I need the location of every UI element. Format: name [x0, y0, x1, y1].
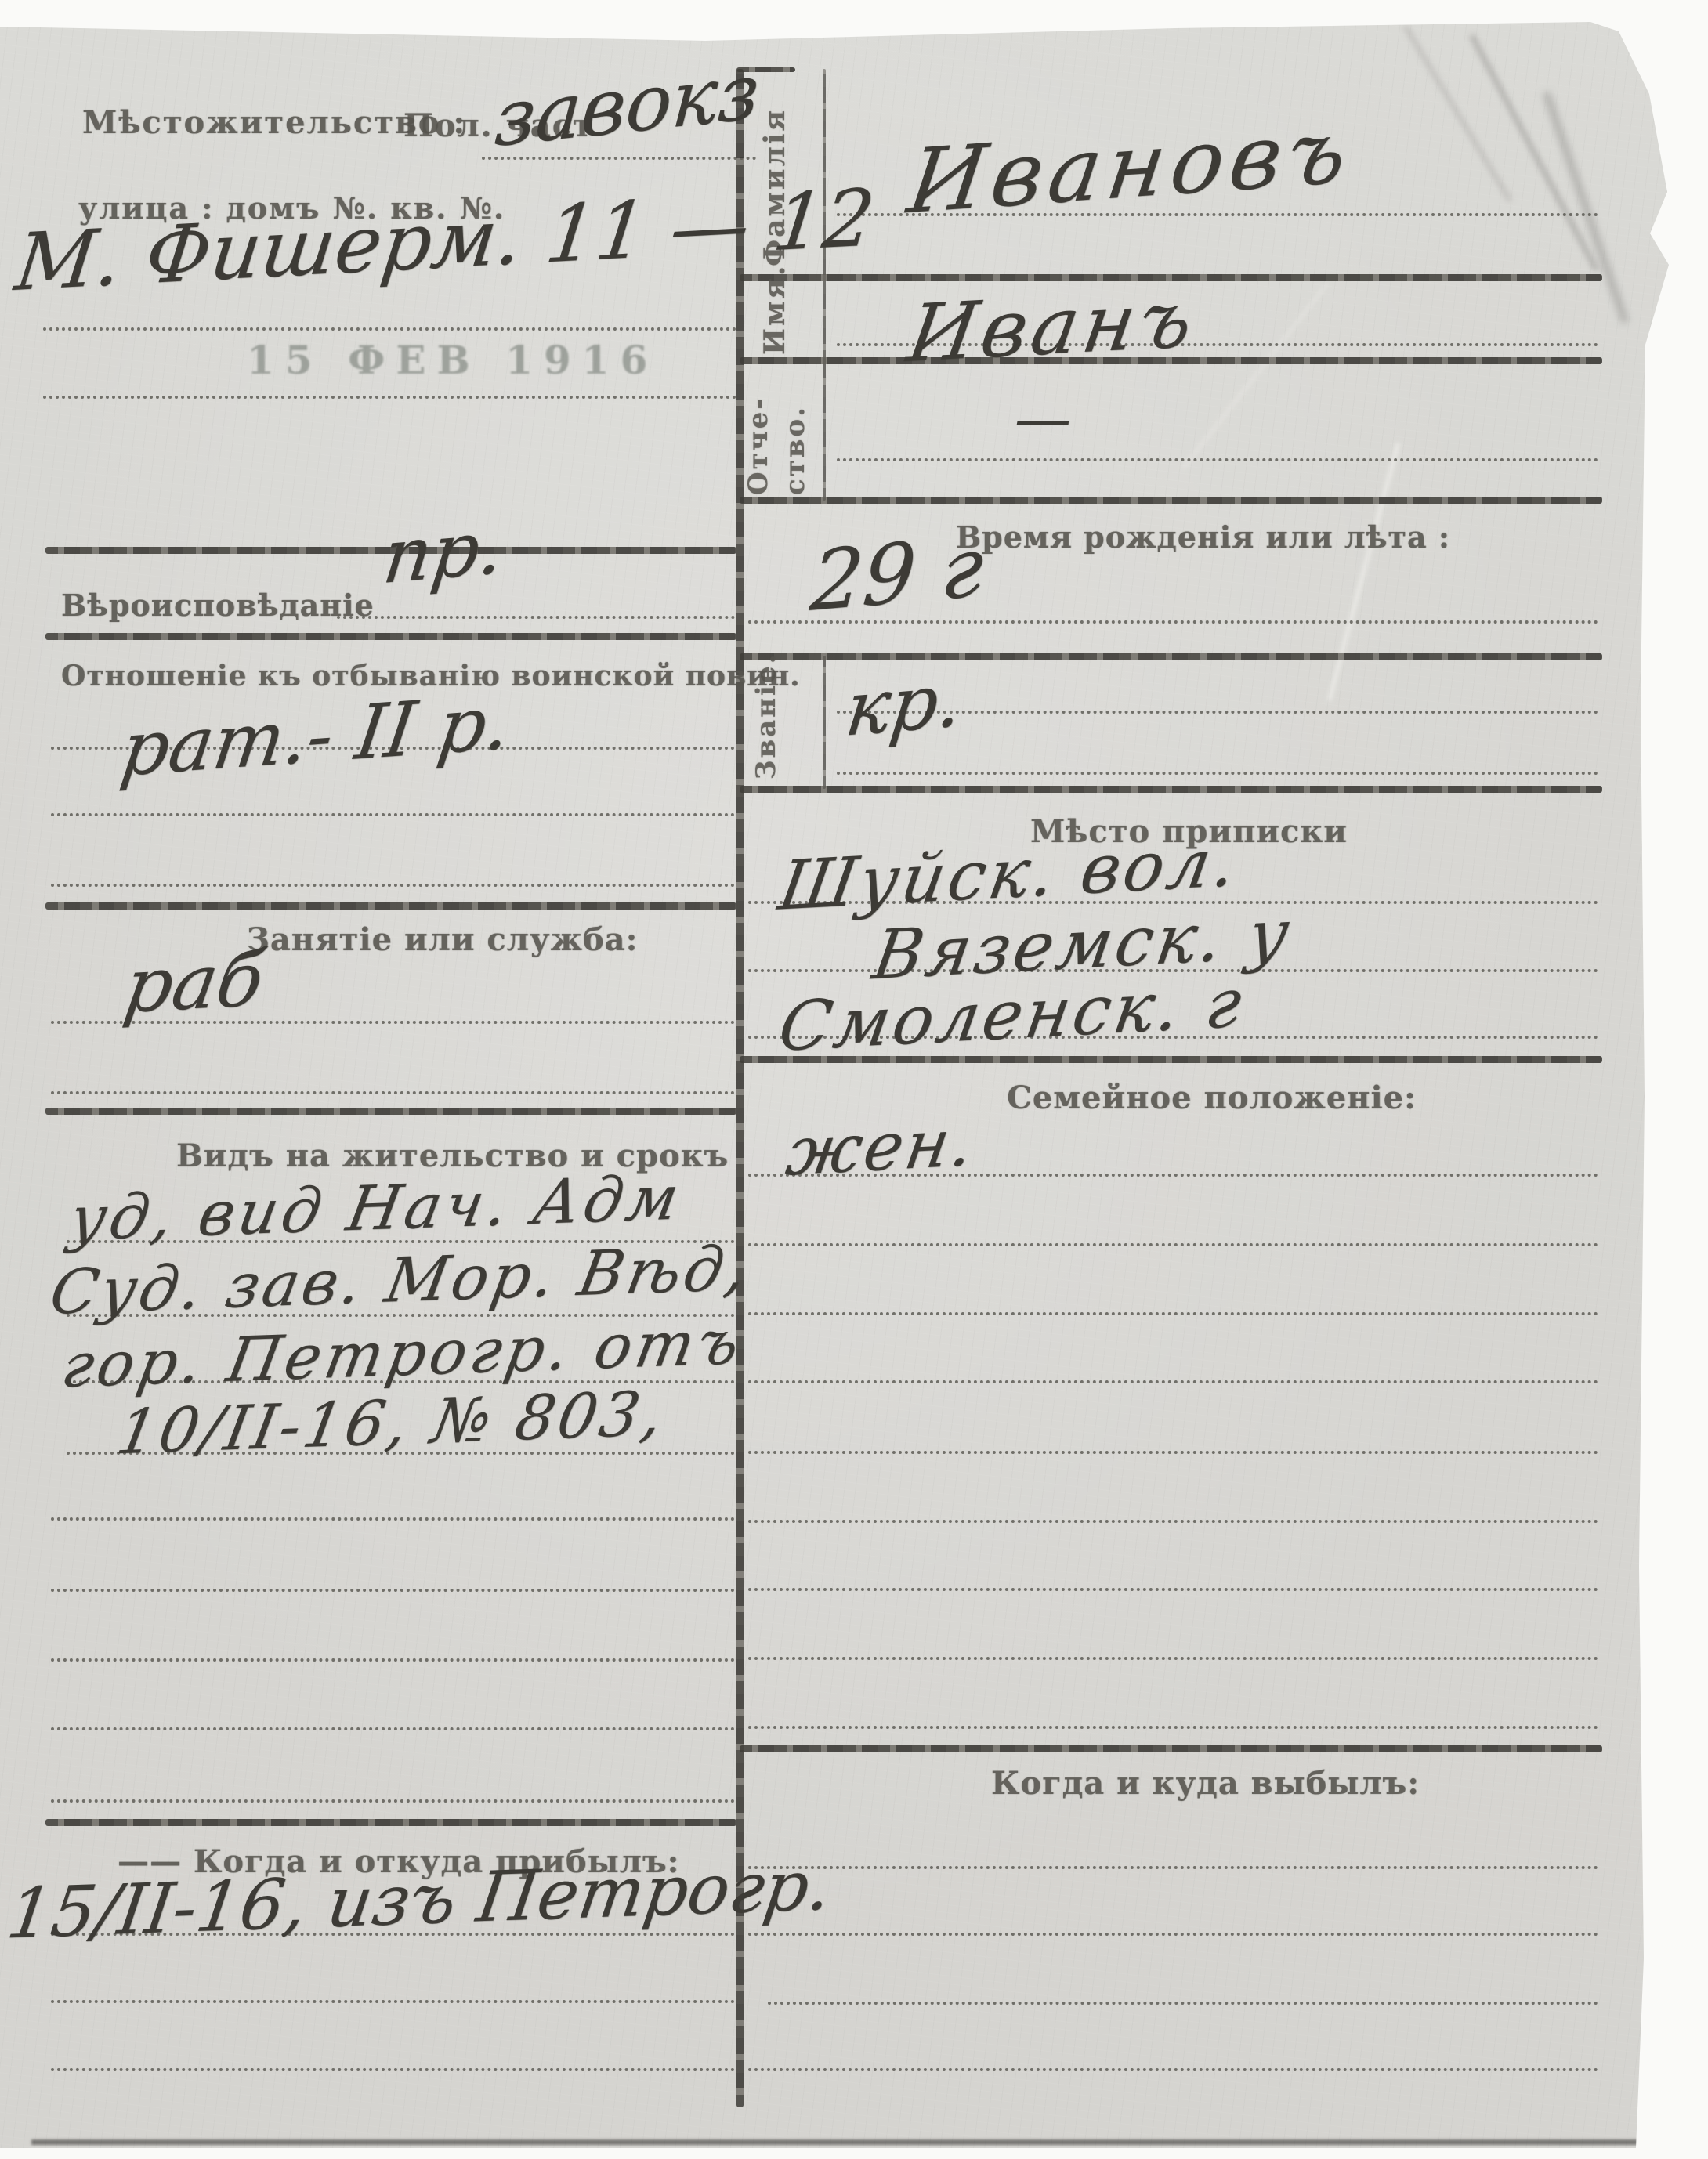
dotted-line	[748, 1588, 1598, 1591]
military-service-value: рат.- II р.	[116, 679, 516, 794]
heavy-rule	[45, 633, 736, 640]
crease-mark	[1403, 25, 1511, 201]
heavy-rule	[740, 786, 1602, 793]
crease-mark	[1470, 34, 1599, 271]
dotted-line	[51, 1589, 735, 1592]
scanned-registration-card: { "doc": { "top": { "residence_label": "…	[0, 0, 1708, 2159]
crease-mark	[1543, 92, 1628, 324]
rank-value: кр.	[841, 656, 967, 754]
patronymic-value: —	[1015, 385, 1071, 451]
dotted-line	[748, 1657, 1598, 1660]
page-bottom-shadow	[31, 2139, 1637, 2145]
label-gutter-line	[823, 656, 826, 789]
dotted-line	[748, 1243, 1598, 1246]
dotted-line	[837, 458, 1598, 461]
departure-label: Когда и куда выбылъ:	[991, 1765, 1420, 1802]
paper: Мѣстожительство : Пол. част улица : домъ…	[0, 0, 1708, 2159]
firstname-value: Иванъ	[902, 273, 1204, 380]
dotted-line	[748, 1726, 1598, 1729]
firstname-label: Имя.	[758, 286, 791, 355]
dotted-line	[748, 1312, 1598, 1315]
family-status-label: Семейное положеніе:	[1007, 1079, 1417, 1116]
heavy-rule	[740, 653, 1602, 660]
heavy-rule	[740, 1745, 1602, 1752]
occupation-label: Занятіе или служба:	[247, 921, 638, 958]
rank-label: Званіе.	[751, 666, 782, 779]
dotted-line	[748, 1520, 1598, 1523]
patronymic-label-2: ство.	[780, 370, 811, 495]
dotted-line	[748, 2068, 1598, 2071]
dotted-line	[51, 813, 735, 816]
occupation-value: раб	[118, 936, 270, 1030]
dotted-line	[51, 1727, 735, 1730]
label-gutter-line	[823, 69, 826, 501]
dotted-line	[43, 396, 736, 399]
heavy-rule	[45, 1108, 736, 1115]
dotted-line	[748, 1380, 1598, 1383]
birth-value: 29 г	[807, 519, 987, 631]
paper-texture	[0, 0, 1708, 2159]
police-part-value: завокз	[491, 46, 762, 165]
dotted-line	[748, 1933, 1598, 1936]
dotted-line	[748, 1866, 1598, 1869]
crease-mark	[1181, 283, 1329, 470]
religion-label: Вѣроисповѣданіе	[61, 588, 375, 623]
dotted-line	[768, 2002, 1598, 2005]
patronymic-label: Отче-	[743, 370, 774, 495]
dotted-line	[51, 1658, 735, 1662]
dotted-line	[51, 1517, 735, 1521]
heavy-rule	[740, 497, 1602, 504]
dotted-line	[51, 884, 735, 887]
family-status-value: жен.	[781, 1103, 981, 1190]
heavy-rule	[45, 1819, 736, 1826]
birth-date-label: Время рожденія или лѣта :	[956, 519, 1450, 555]
registration-line-3: Смоленск. г	[773, 964, 1250, 1067]
dotted-line	[51, 1799, 735, 1803]
date-stamp: 15 ФЕВ 1916	[247, 337, 658, 383]
crease-mark	[1327, 443, 1400, 701]
heavy-rule	[45, 902, 736, 910]
religion-value: пр.	[378, 504, 508, 602]
dotted-line	[51, 1091, 735, 1094]
dotted-line	[43, 327, 736, 331]
dotted-line	[837, 772, 1598, 775]
dotted-line	[748, 1451, 1598, 1454]
dotted-line	[51, 2000, 735, 2003]
dotted-line	[337, 616, 735, 619]
dotted-line	[51, 2068, 735, 2071]
